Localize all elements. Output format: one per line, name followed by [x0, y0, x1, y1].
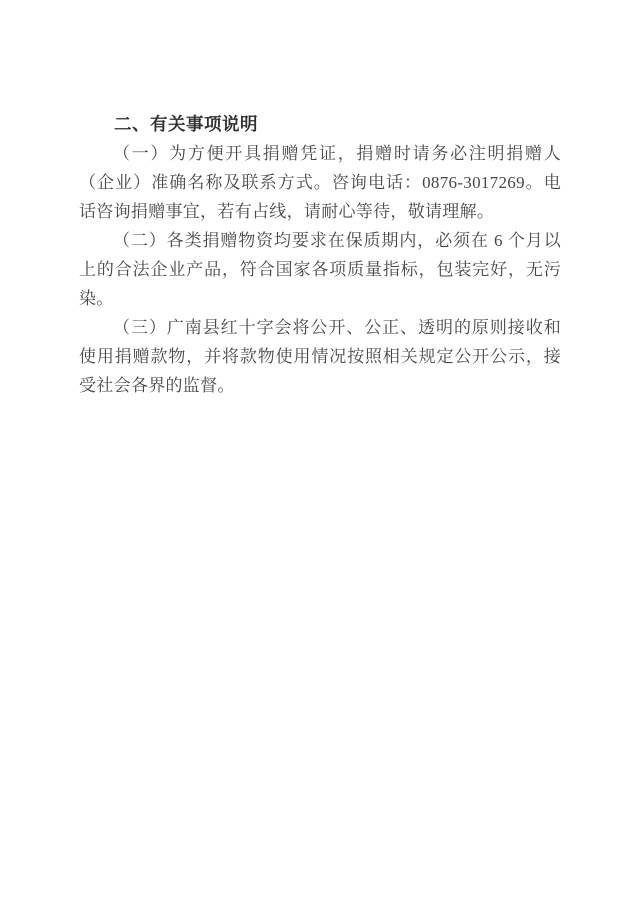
document-page: 二、有关事项说明 （一）为方便开具捐赠凭证，捐赠时请务必注明捐赠人（企业）准确名… [0, 0, 638, 899]
section-heading: 二、有关事项说明 [79, 110, 561, 139]
paragraph-transparency-supervision: （三）广南县红十字会将公开、公正、透明的原则接收和使用捐赠款物，并将款物使用情况… [79, 313, 561, 400]
paragraph-goods-quality-requirement: （二）各类捐赠物资均要求在保质期内，必须在 6 个月以上的合法企业产品，符合国家… [79, 226, 561, 313]
paragraph-donation-receipt-notice: （一）为方便开具捐赠凭证，捐赠时请务必注明捐赠人（企业）准确名称及联系方式。咨询… [79, 139, 561, 226]
document-body: 二、有关事项说明 （一）为方便开具捐赠凭证，捐赠时请务必注明捐赠人（企业）准确名… [79, 110, 561, 400]
